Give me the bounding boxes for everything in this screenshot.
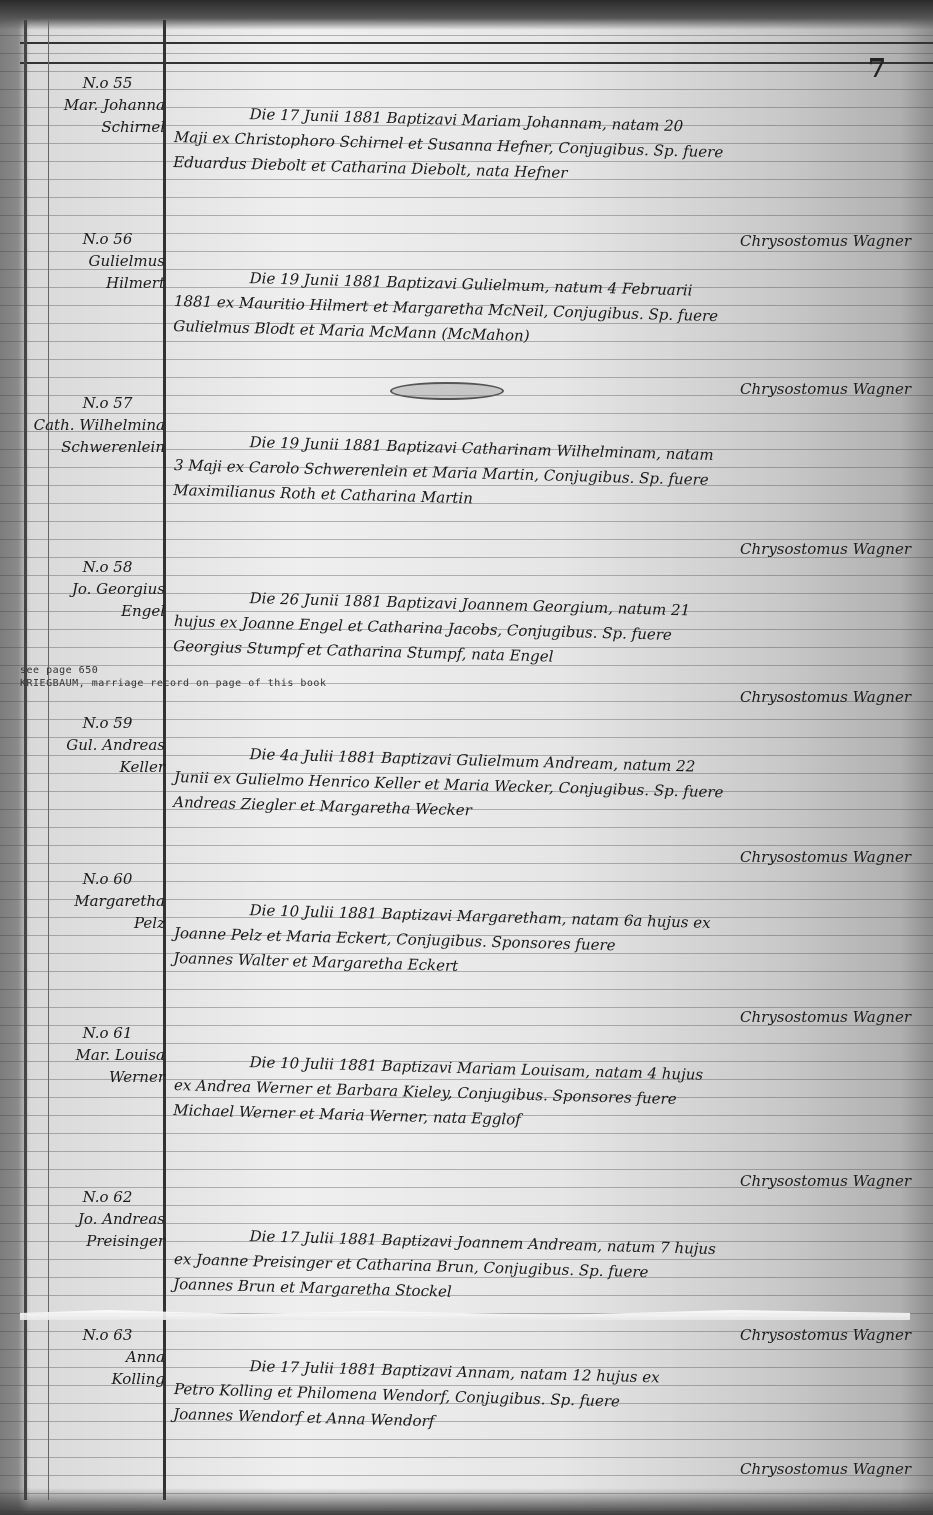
entry-number: N.o 59 (30, 712, 165, 734)
page-number: 7 (868, 54, 886, 84)
entry-number: N.o 62 (30, 1186, 165, 1208)
child-name-surname: Pelz (30, 912, 165, 934)
entry-margin: N.o 63 Anna Kolling (30, 1324, 165, 1390)
entry-margin: N.o 57 Cath. Wilhelmina Schwerenlein (30, 392, 165, 458)
entry-margin: N.o 58 Jo. Georgius Engel (30, 556, 165, 622)
register-page: 7 N.o 55 Mar. Johanna Schirnel Die 17 Ju… (0, 0, 933, 1515)
header-rule (20, 62, 933, 64)
scan-bottom-edge (0, 1488, 933, 1515)
entry-text: Die 17 Junii 1881 Baptizavi Mariam Johan… (173, 100, 915, 196)
entry-number: N.o 58 (30, 556, 165, 578)
entry-text: Die 19 Junii 1881 Baptizavi Catharinam W… (173, 428, 915, 524)
stamp-line: see page 650 (20, 664, 340, 677)
child-name-given: Mar. Louisa (30, 1044, 165, 1066)
child-name-given: Jo. Georgius (30, 578, 165, 600)
entry-number: N.o 56 (30, 228, 165, 250)
child-name-surname: Preisinger (30, 1230, 165, 1252)
entry-margin: N.o 55 Mar. Johanna Schirnel (30, 72, 165, 138)
priest-signature: Chrysostomus Wagner (740, 1460, 911, 1478)
child-name-given: Gulielmus (30, 250, 165, 272)
entry-text: Die 10 Julii 1881 Baptizavi Mariam Louis… (173, 1048, 915, 1144)
margin-rule-outer (24, 20, 27, 1500)
entry-text: Die 17 Julii 1881 Baptizavi Annam, natam… (173, 1352, 915, 1448)
child-name-given: Mar. Johanna (30, 94, 165, 116)
entry-text: Die 4a Julii 1881 Baptizavi Gulielmum An… (173, 740, 915, 836)
header-rule (20, 42, 933, 44)
entry-margin: N.o 60 Margaretha Pelz (30, 868, 165, 934)
priest-signature: Chrysostomus Wagner (740, 1172, 911, 1190)
entry-number: N.o 55 (30, 72, 165, 94)
child-name-surname: Hilmert (30, 272, 165, 294)
priest-signature: Chrysostomus Wagner (740, 848, 911, 866)
child-name-given: Jo. Andreas (30, 1208, 165, 1230)
priest-signature: Chrysostomus Wagner (740, 688, 911, 706)
entry-text: Die 17 Julii 1881 Baptizavi Joannem Andr… (173, 1222, 915, 1318)
entry-number: N.o 60 (30, 868, 165, 890)
entry-margin: N.o 59 Gul. Andreas Keller (30, 712, 165, 778)
entry-text: Die 19 Junii 1881 Baptizavi Gulielmum, n… (173, 264, 915, 360)
archival-stamp: see page 650 KRIEGBAUM, marriage record … (20, 664, 340, 690)
entry-text: Die 10 Julii 1881 Baptizavi Margaretham,… (173, 896, 915, 992)
child-name-given: Anna (30, 1346, 165, 1368)
child-name-surname: Engel (30, 600, 165, 622)
child-name-surname: Keller (30, 756, 165, 778)
scan-top-edge (0, 0, 933, 30)
priest-signature: Chrysostomus Wagner (740, 1326, 911, 1344)
child-name-given: Cath. Wilhelmina (30, 414, 165, 436)
priest-signature: Chrysostomus Wagner (740, 1008, 911, 1026)
entry-margin: N.o 61 Mar. Louisa Werner (30, 1022, 165, 1088)
entry-margin: N.o 62 Jo. Andreas Preisinger (30, 1186, 165, 1252)
entry-number: N.o 57 (30, 392, 165, 414)
child-name-surname: Schirnel (30, 116, 165, 138)
priest-signature: Chrysostomus Wagner (740, 232, 911, 250)
child-name-given: Margaretha (30, 890, 165, 912)
stamp-line: KRIEGBAUM, marriage record on page of th… (20, 677, 340, 690)
ink-flourish (390, 382, 504, 400)
child-name-surname: Schwerenlein (30, 436, 165, 458)
child-name-given: Gul. Andreas (30, 734, 165, 756)
child-name-surname: Werner (30, 1066, 165, 1088)
child-name-surname: Kolling (30, 1368, 165, 1390)
entry-margin: N.o 56 Gulielmus Hilmert (30, 228, 165, 294)
priest-signature: Chrysostomus Wagner (740, 380, 911, 398)
entry-number: N.o 63 (30, 1324, 165, 1346)
entry-number: N.o 61 (30, 1022, 165, 1044)
priest-signature: Chrysostomus Wagner (740, 540, 911, 558)
paper-tear (20, 1310, 910, 1320)
